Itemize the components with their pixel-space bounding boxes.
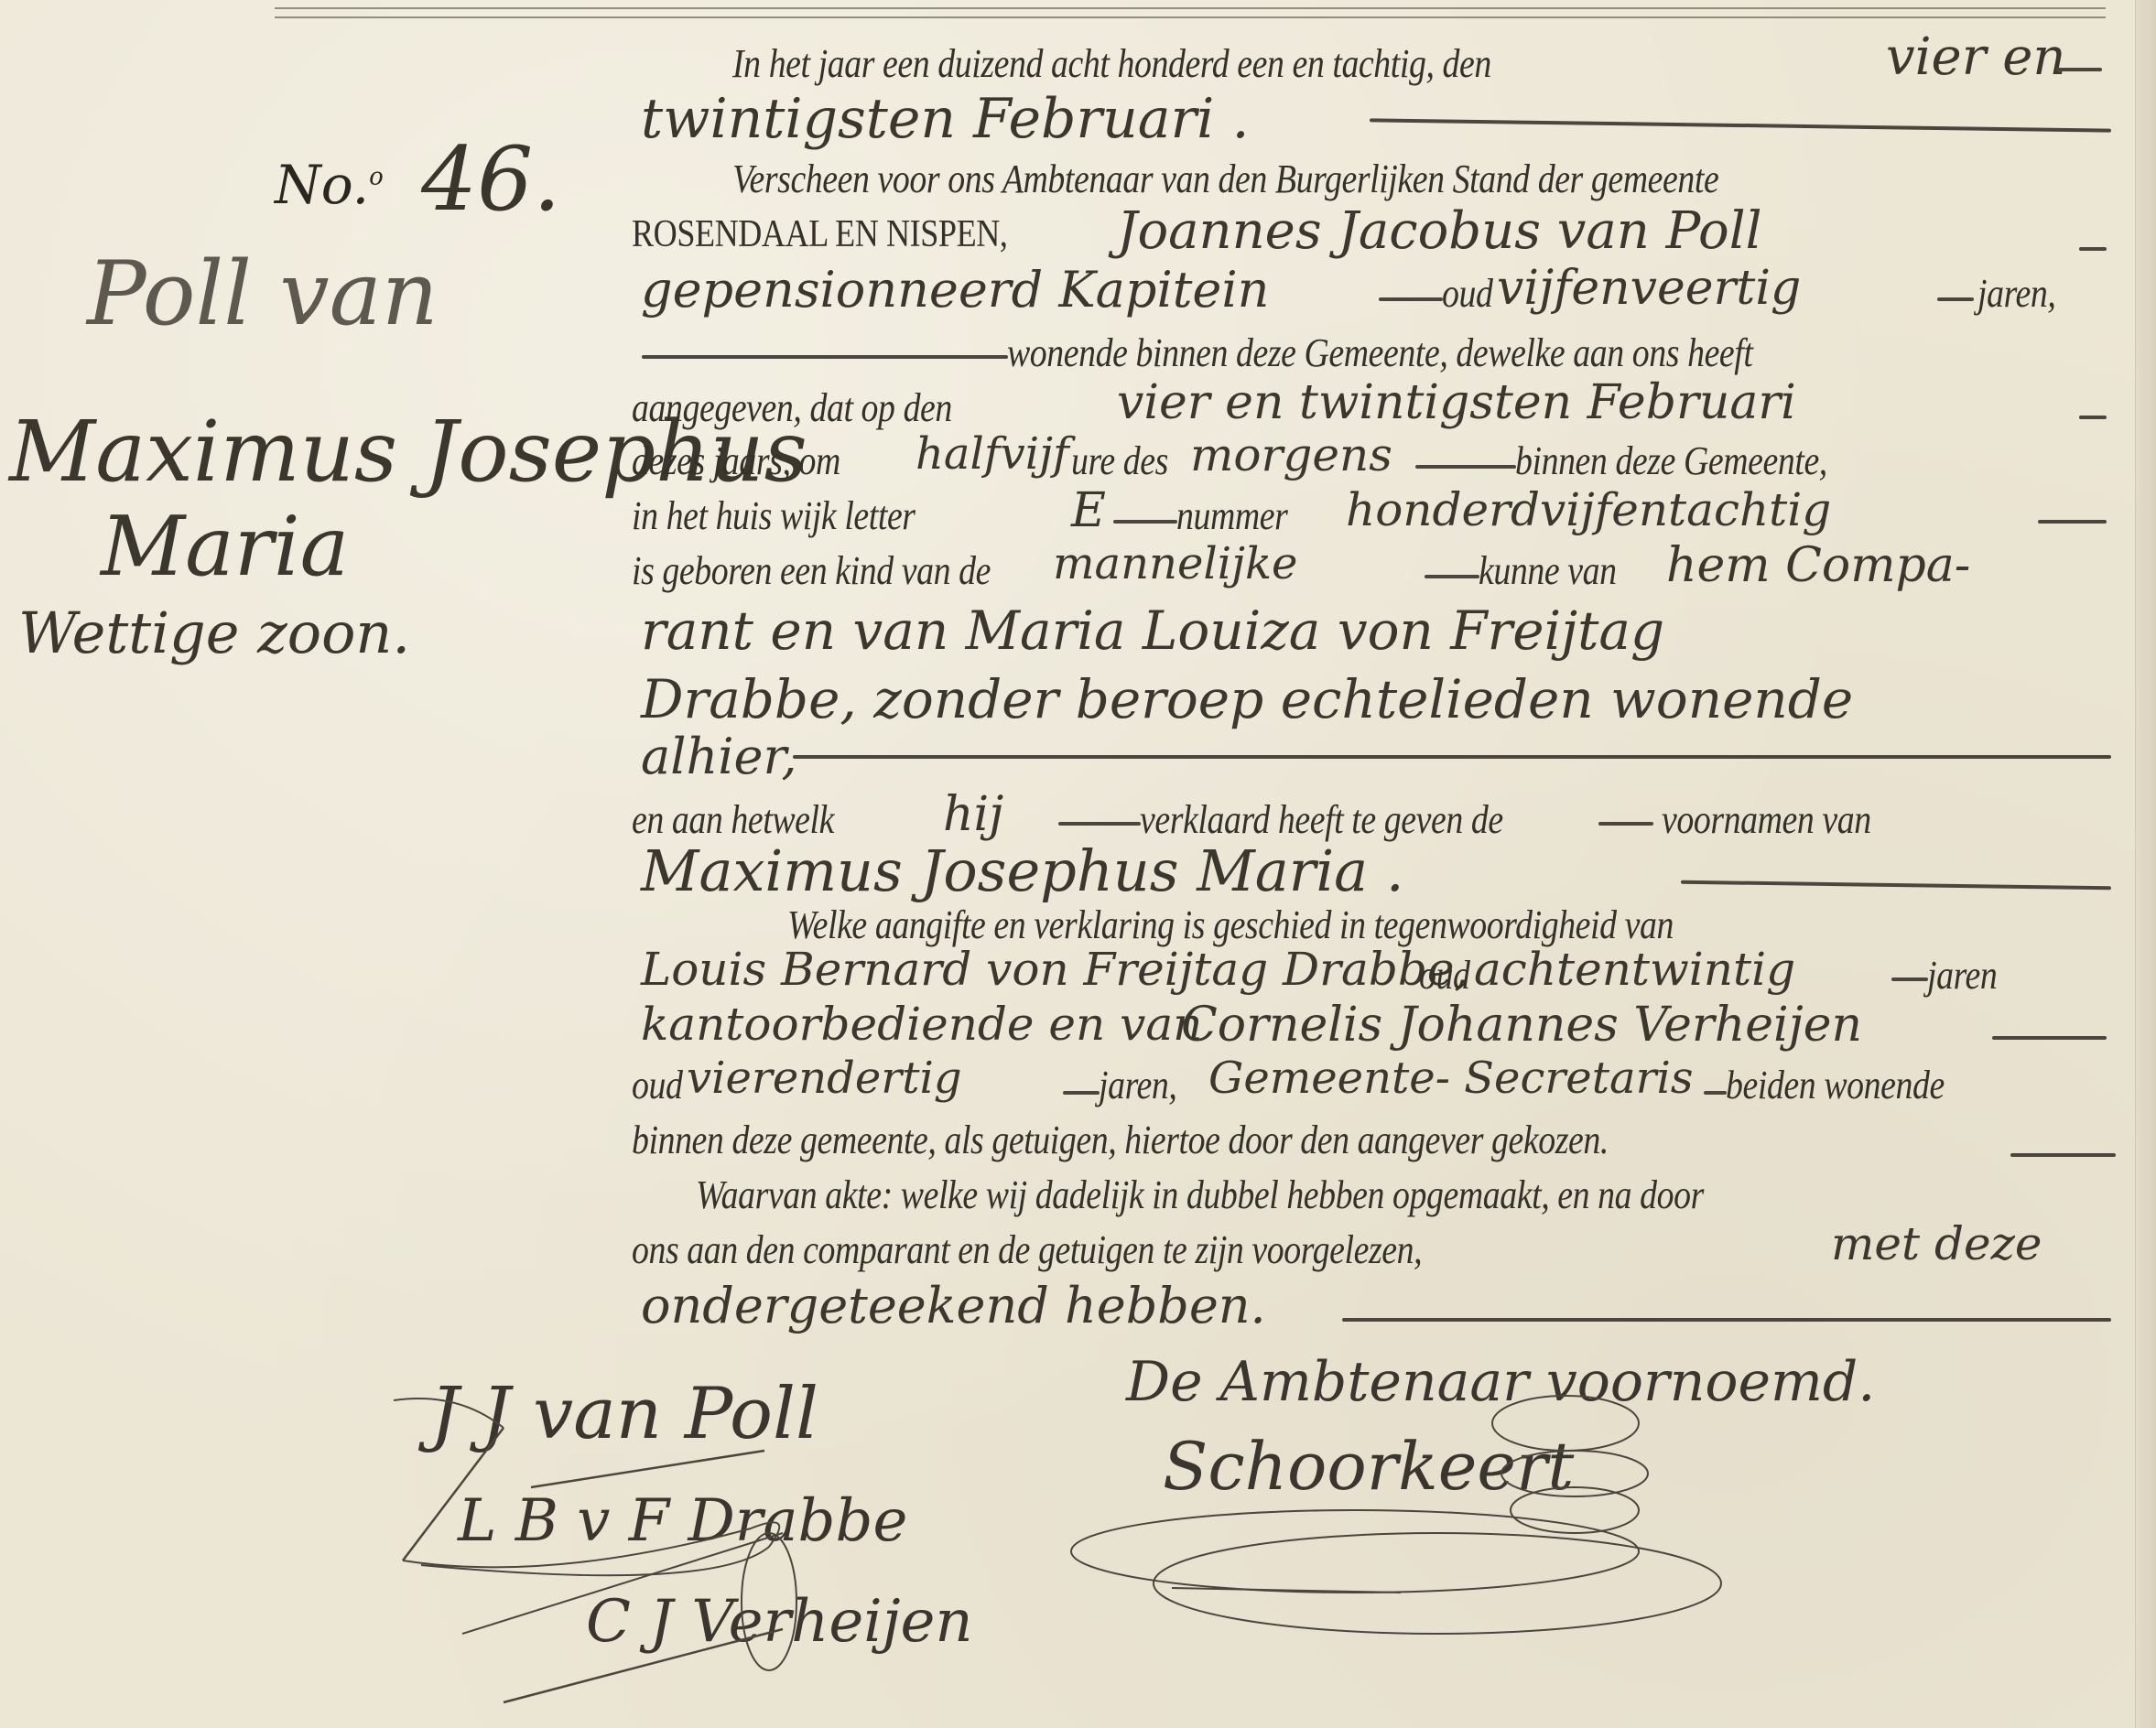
declarant-pronoun: hij (943, 787, 1003, 842)
printed-text: oud (1442, 270, 1492, 317)
printed-text: Welke aangifte en verklaring is geschied… (787, 902, 1674, 948)
residence: alhier, (641, 728, 797, 785)
filler-dash (1113, 520, 1177, 524)
margin-given-names-2: Maria (101, 499, 349, 595)
record-number-sup: o (369, 164, 384, 191)
witness-1-occupation: kantoorbediende en van (641, 998, 1202, 1051)
printed-text: verklaard heeft te geven de (1140, 796, 1503, 843)
printed-text: jaren, (1977, 270, 2055, 317)
top-rule (275, 7, 2106, 9)
printed-text: nummer (1176, 492, 1287, 539)
printed-text: ons aan den comparant en de getuigen te … (632, 1226, 1422, 1273)
printed-text: kunne van (1479, 547, 1617, 594)
printed-text: jaren, (1099, 1062, 1176, 1108)
mother-name: rant en van Maria Louiza von Freijtag (641, 599, 1664, 662)
witness-2-occupation: Gemeente- Secretaris (1208, 1053, 1694, 1104)
record-number: 46. (421, 128, 561, 231)
father-reference: hem Compa- (1666, 538, 1970, 593)
filler-dash (2010, 1153, 2116, 1157)
filler-dash (2079, 247, 2107, 251)
margin-status: Wettige zoon. (18, 599, 410, 666)
filler-dash (1681, 880, 2111, 891)
record-number-label: No.o (275, 154, 384, 216)
body-line-11: rant en van Maria Louiza von Freijtag (632, 599, 2096, 673)
printed-text: oud (632, 1062, 682, 1108)
printed-text: binnen deze Gemeente, (1515, 437, 1827, 484)
house-number: honderdvijfentachtig (1346, 483, 1831, 536)
filler-dash (793, 755, 2111, 759)
handwritten-day: vier en (1886, 27, 2065, 87)
top-rule (275, 16, 2106, 18)
filler-dash (2056, 68, 2102, 71)
filler-dash (1704, 1091, 1727, 1095)
printed-text: jaren (1927, 952, 1997, 999)
printed-text: oud (1419, 952, 1469, 999)
margin-surname: Poll van (87, 243, 439, 345)
printed-text: Waarvan akte: welke wij dadelijk in dubb… (696, 1172, 1704, 1218)
filler-dash (642, 355, 1008, 359)
printed-text: Verscheen voor ons Ambtenaar van den Bur… (732, 156, 1718, 202)
birth-time: halfvijf (915, 428, 1069, 480)
declarant-age: vijfenveertig (1497, 261, 1801, 316)
witness-2-age: vierendertig (687, 1053, 962, 1104)
filler-dash (1992, 1036, 2107, 1040)
record-number-prefix: No. (275, 154, 369, 216)
municipality: ROSENDAAL EN NISPEN, (632, 212, 1007, 256)
declarant-name: Joannes Jacobus van Poll (1117, 201, 1762, 261)
mother-details: Drabbe, zonder beroep echtelieden wonend… (641, 668, 1853, 730)
filler-dash (1937, 297, 1974, 301)
handwritten-date: twintigsten Februari . (641, 87, 1250, 151)
closing-handwritten: met deze (1831, 1217, 2042, 1270)
witness-1-age: achtentwintig (1474, 943, 1795, 996)
filler-dash (1598, 822, 1653, 826)
printed-text: aangegeven, dat op den (632, 384, 952, 431)
filler-dash (2079, 416, 2107, 419)
filler-dash (1342, 1318, 2111, 1322)
printed-text: in het huis wijk letter (632, 492, 915, 539)
house-ward-letter: E (1071, 483, 1106, 538)
filler-dash (1415, 465, 1516, 469)
child-sex: mannelijke (1053, 538, 1297, 589)
printed-text: beiden wonende (1726, 1062, 1945, 1108)
birth-date: vier en twintigsten Februari (1117, 375, 1796, 430)
filler-dash (2038, 520, 2107, 524)
witness-1-name: Louis Bernard von Freijtag Drabbe, (641, 943, 1468, 996)
birth-time-period: morgens (1190, 428, 1392, 481)
filler-dash (1370, 118, 2111, 132)
filler-dash (1425, 575, 1479, 578)
signature-flourish-left (366, 1336, 1117, 1728)
printed-text: wonende binnen deze Gemeente, dewelke aa… (1007, 329, 1752, 376)
declarant-occupation: gepensionneerd Kapitein (641, 261, 1269, 319)
filler-dash (1058, 822, 1141, 826)
printed-text: dezes jaars, om (632, 437, 840, 484)
filler-dash (1891, 977, 1928, 981)
filler-dash (1063, 1091, 1100, 1095)
printed-text: In het jaar een duizend acht honderd een… (732, 40, 1491, 87)
printed-text: binnen deze gemeente, als getuigen, hier… (632, 1117, 1609, 1163)
witness-2-name: Cornelis Johannes Verheijen (1181, 998, 1862, 1053)
closing-signed: ondergeteekend hebben. (641, 1277, 1266, 1334)
printed-text: voornamen van (1662, 796, 1871, 843)
signature-flourish-right (1053, 1327, 2151, 1728)
printed-text: is geboren een kind van de (632, 547, 991, 594)
printed-text: en aan hetwelk (632, 796, 834, 843)
printed-text: ure des (1071, 437, 1168, 484)
filler-dash (1379, 297, 1443, 301)
